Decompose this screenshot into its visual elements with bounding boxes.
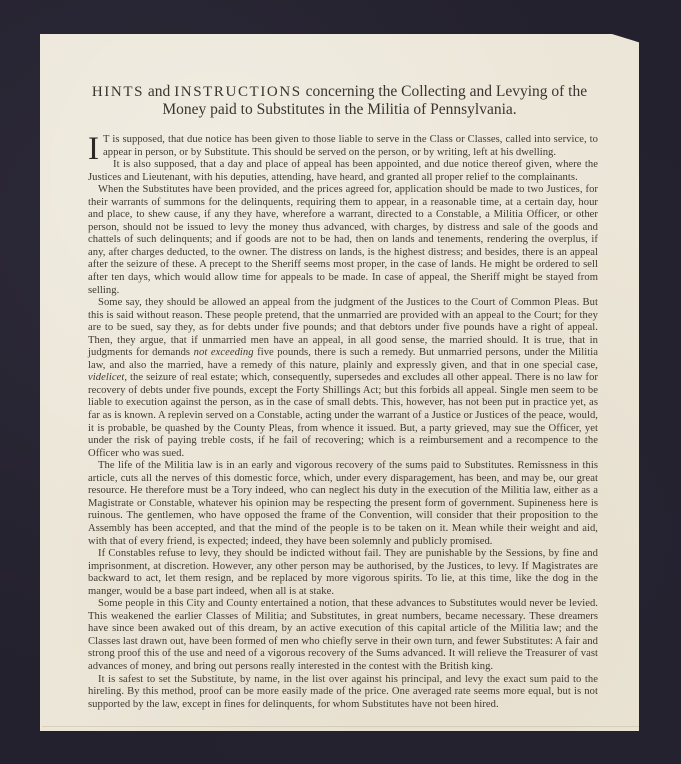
document-body: IT is supposed, that due notice has been… <box>88 134 598 711</box>
paragraph-2: It is also supposed, that a day and plac… <box>88 159 598 184</box>
paragraph-6: If Constables refuse to levy, they shoul… <box>88 548 598 598</box>
title-instructions: INSTRUCTIONS <box>174 84 302 100</box>
broadside-page: HINTS and INSTRUCTIONS concerning the Co… <box>40 34 639 731</box>
drop-cap: I <box>88 136 99 163</box>
title-hints: HINTS <box>92 84 144 100</box>
emphasis-videlicet: videlicet <box>88 372 124 383</box>
title-and: and <box>144 83 174 100</box>
document-title: HINTS and INSTRUCTIONS concerning the Co… <box>40 83 639 118</box>
paragraph-3: When the Substitutes have been provided,… <box>88 184 598 297</box>
emphasis-not-exceeding: not exceeding <box>194 347 254 358</box>
title-line-1: HINTS and INSTRUCTIONS concerning the Co… <box>40 83 639 101</box>
title-line-2: Money paid to Substitutes in the Militia… <box>40 101 639 118</box>
paragraph-5: The life of the Militia law is in an ear… <box>88 460 598 548</box>
paragraph-4: Some say, they should be allowed an appe… <box>88 297 598 460</box>
paragraph-7: Some people in this City and County ente… <box>88 598 598 673</box>
paragraph-8: It is safest to set the Substitute, by n… <box>88 674 598 712</box>
title-rest: concerning the Collecting and Levying of… <box>302 83 587 100</box>
paragraph-1: IT is supposed, that due notice has been… <box>88 134 598 159</box>
